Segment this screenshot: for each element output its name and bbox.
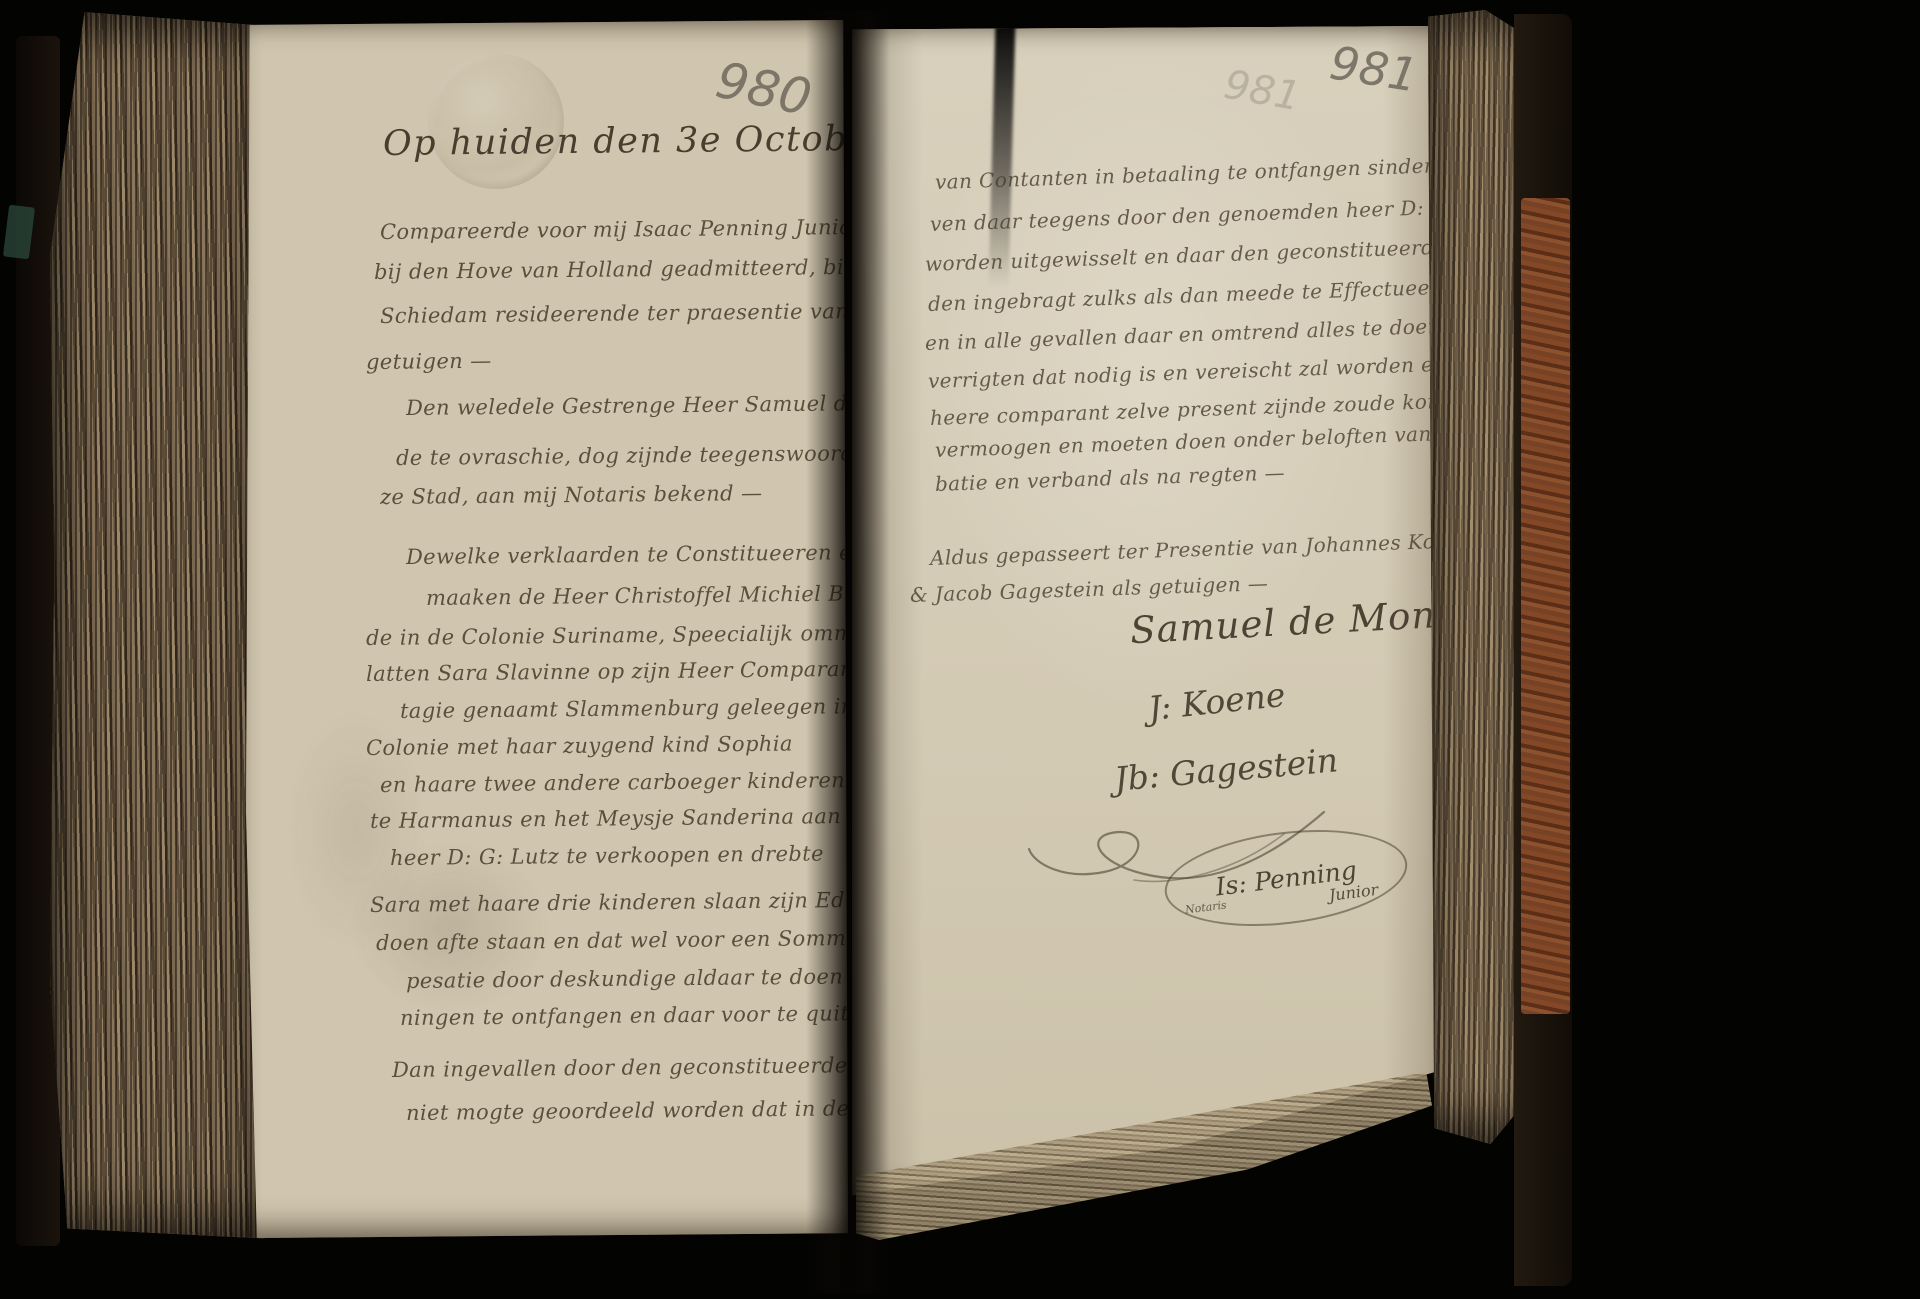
manuscript-line: ningen te ontfangen en daar voor te quit…: [400, 1001, 848, 1030]
deed-heading: Op huiden den 3e October 17: [383, 118, 848, 164]
manuscript-line: Dewelke verklaarden te Constitueeren en …: [406, 540, 848, 569]
manuscript-line: Schiedam resideerende ter praesentie van…: [380, 298, 848, 328]
closing-line: Aldus gepasseert ter Presentie van Johan…: [930, 528, 1442, 570]
signature-jacob-gagestein: Jb: Gagestein: [1113, 740, 1340, 798]
pencil-page-number: 980: [711, 51, 816, 128]
signature-penning-title: Notaris: [1184, 899, 1227, 917]
manuscript-line: maaken de Heer Christoffel Michiel Busch: [426, 581, 848, 610]
manuscript-line: heer D: G: Lutz te verkoopen en drebte: [390, 841, 824, 870]
manuscript-line: en haare twee andere carboeger kinderen …: [380, 768, 848, 797]
manuscript-line: verrigten dat nodig is en vereischt zal …: [928, 351, 1442, 393]
pencil-page-number-faint: 981: [1221, 62, 1304, 121]
manuscript-line: Dan ingevallen door den geconstitueerden: [392, 1053, 848, 1082]
manuscript-line: pesatie door deskundige aldaar te doen d…: [406, 964, 848, 993]
embossed-seal: [428, 53, 564, 189]
manuscript-line: de te ovraschie, dog zijnde teegenswoord…: [396, 440, 848, 470]
signature-j-koene: J: Koene: [1146, 675, 1287, 728]
manuscript-line: de in de Colonie Suriname, Speecialijk o…: [366, 621, 848, 650]
manuscript-line: Colonie met haar zuygend kind Sophia: [366, 732, 793, 760]
manuscript-line: Sara met haare drie kinderen slaan zijn …: [370, 888, 845, 917]
left-page: 980 Op huiden den 3e October 17 Comparee…: [246, 20, 848, 1238]
manuscript-line: bij den Hove van Holland geadmitteerd, b…: [374, 255, 848, 284]
manuscript-book-photo: 980 Op huiden den 3e October 17 Comparee…: [0, 0, 1920, 1299]
marbled-cover-strip: [1521, 198, 1570, 1014]
manuscript-line: latten Sara Slavinne op zijn Heer Compar…: [366, 657, 848, 686]
manuscript-line: te Harmanus en het Meysje Sanderina aan: [370, 804, 841, 833]
manuscript-line: niet mogte geoordeeld worden dat in de: [406, 1096, 848, 1125]
manuscript-line: ze Stad, aan mij Notaris bekend —: [380, 481, 763, 509]
pencil-page-number: 981: [1326, 35, 1421, 102]
closing-line: & Jacob Gagestein als getuigen —: [910, 571, 1269, 607]
signature-samuel-de-monge: Samuel de Mongé: [1129, 591, 1442, 652]
manuscript-line: en in alle gevallen daar en omtrend alle…: [925, 313, 1442, 355]
manuscript-line: doen afte staan en dat wel voor een Somm…: [376, 926, 848, 955]
manuscript-line: batie en verband als na regten —: [935, 460, 1286, 496]
manuscript-line: tagie genaamt Slammenburg geleegen in op: [400, 694, 848, 723]
left-page-stack-edge: [50, 6, 266, 1256]
manuscript-line: getuigen —: [366, 349, 492, 374]
right-page: 981 981 van Contanten in betaaling te on…: [852, 26, 1442, 1200]
manuscript-line: Den weledele Gestrenge Heer Samuel de Mo…: [406, 390, 848, 420]
manuscript-line: Compareerde voor mij Isaac Penning Junio…: [380, 214, 848, 244]
